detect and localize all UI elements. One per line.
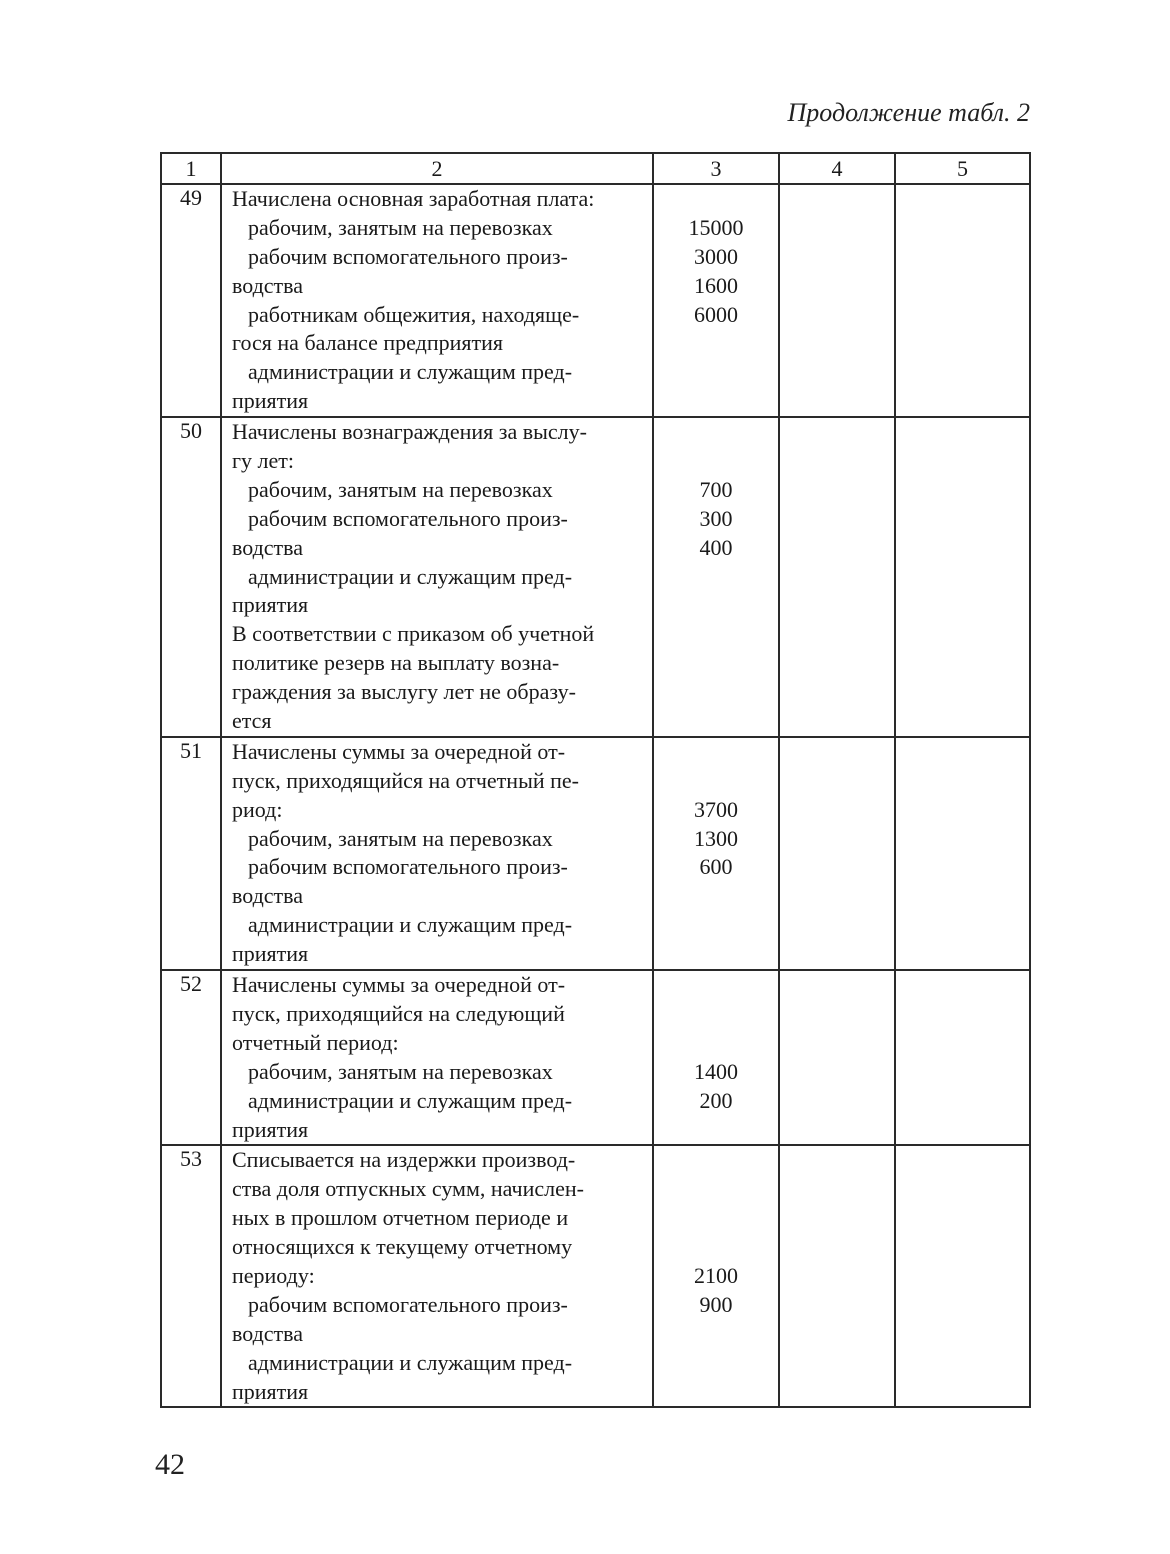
amount-value: 200 bbox=[654, 1087, 778, 1116]
amount-value bbox=[654, 1029, 778, 1058]
description-line: гу лет: bbox=[232, 447, 652, 476]
amount-value bbox=[654, 358, 778, 387]
amount-value bbox=[654, 1146, 778, 1175]
description-line: приятия bbox=[232, 1116, 652, 1145]
amount-value bbox=[654, 329, 778, 358]
column-header-2: 2 bbox=[221, 153, 653, 184]
entry-amounts: 15000300016006000 bbox=[653, 184, 779, 417]
amount-value bbox=[654, 1175, 778, 1204]
table-row: 52Начислены суммы за очередной от-пуск, … bbox=[161, 970, 1030, 1145]
amount-value: 3700 bbox=[654, 796, 778, 825]
description-line: администрации и служащим пред- bbox=[232, 1349, 652, 1378]
description-line: Начислена основная заработная плата: bbox=[232, 185, 652, 214]
entry-description: Начислена основная заработная плата:рабо… bbox=[221, 184, 653, 417]
amount-value bbox=[654, 1000, 778, 1029]
description-line: приятия bbox=[232, 940, 652, 969]
description-line: рабочим вспомогательного произ- bbox=[232, 243, 652, 272]
entry-description: Начислены вознаграждения за выслу-гу лет… bbox=[221, 417, 653, 737]
column-header-1: 1 bbox=[161, 153, 221, 184]
credit-account-cell bbox=[895, 184, 1030, 417]
description-line: относящихся к текущему отчетному bbox=[232, 1233, 652, 1262]
description-line: риод: bbox=[232, 796, 652, 825]
description-line: пуск, приходящийся на следующий bbox=[232, 1000, 652, 1029]
debit-account-cell bbox=[779, 737, 895, 970]
amount-value: 700 bbox=[654, 476, 778, 505]
entry-number: 50 bbox=[161, 417, 221, 737]
amount-value bbox=[654, 767, 778, 796]
amount-value bbox=[654, 940, 778, 969]
description-line: приятия bbox=[232, 591, 652, 620]
amount-value: 2100 bbox=[654, 1262, 778, 1291]
table-row: 53Списывается на издержки производ-ства … bbox=[161, 1145, 1030, 1407]
description-line: ется bbox=[232, 707, 652, 736]
amount-value: 1300 bbox=[654, 825, 778, 854]
amount-value bbox=[654, 971, 778, 1000]
column-number-header-row: 1 2 3 4 5 bbox=[161, 153, 1030, 184]
description-line: работникам общежития, находяще- bbox=[232, 301, 652, 330]
table-row: 51Начислены суммы за очередной от-пуск, … bbox=[161, 737, 1030, 970]
table-row: 50Начислены вознаграждения за выслу-гу л… bbox=[161, 417, 1030, 737]
description-line: ных в прошлом отчетном периоде и bbox=[232, 1204, 652, 1233]
description-line: рабочим вспомогательного произ- bbox=[232, 853, 652, 882]
debit-account-cell bbox=[779, 184, 895, 417]
description-line: рабочим вспомогательного произ- bbox=[232, 505, 652, 534]
description-line: приятия bbox=[232, 1378, 652, 1407]
column-header-5: 5 bbox=[895, 153, 1030, 184]
table-caption: Продолжение табл. 2 bbox=[788, 98, 1030, 128]
amount-value: 300 bbox=[654, 505, 778, 534]
description-line: Начислены суммы за очередной от- bbox=[232, 738, 652, 767]
amount-value bbox=[654, 882, 778, 911]
table-row: 49Начислена основная заработная плата:ра… bbox=[161, 184, 1030, 417]
credit-account-cell bbox=[895, 970, 1030, 1145]
entry-number: 52 bbox=[161, 970, 221, 1145]
entry-amounts: 700300400 bbox=[653, 417, 779, 737]
description-line: Начислены вознаграждения за выслу- bbox=[232, 418, 652, 447]
amount-value bbox=[654, 1320, 778, 1349]
amount-value bbox=[654, 707, 778, 736]
amount-value bbox=[654, 563, 778, 592]
amount-value bbox=[654, 591, 778, 620]
entry-description: Начислены суммы за очередной от-пуск, пр… bbox=[221, 737, 653, 970]
description-line: ства доля отпускных сумм, начислен- bbox=[232, 1175, 652, 1204]
amount-value bbox=[654, 387, 778, 416]
amount-value: 900 bbox=[654, 1291, 778, 1320]
description-line: граждения за выслугу лет не образу- bbox=[232, 678, 652, 707]
entry-amounts: 2100900 bbox=[653, 1145, 779, 1407]
entry-number: 51 bbox=[161, 737, 221, 970]
description-line: периоду: bbox=[232, 1262, 652, 1291]
description-line: водства bbox=[232, 534, 652, 563]
amount-value: 1600 bbox=[654, 272, 778, 301]
description-line: рабочим, занятым на перевозках bbox=[232, 476, 652, 505]
credit-account-cell bbox=[895, 737, 1030, 970]
amount-value: 15000 bbox=[654, 214, 778, 243]
description-line: администрации и служащим пред- bbox=[232, 1087, 652, 1116]
description-line: администрации и служащим пред- bbox=[232, 563, 652, 592]
accounting-table: 1 2 3 4 5 49Начислена основная заработна… bbox=[160, 152, 1031, 1408]
debit-account-cell bbox=[779, 417, 895, 737]
credit-account-cell bbox=[895, 417, 1030, 737]
amount-value: 3000 bbox=[654, 243, 778, 272]
description-line: рабочим, занятым на перевозках bbox=[232, 1058, 652, 1087]
amount-value bbox=[654, 1233, 778, 1262]
amount-value: 400 bbox=[654, 534, 778, 563]
column-header-3: 3 bbox=[653, 153, 779, 184]
column-header-4: 4 bbox=[779, 153, 895, 184]
description-line: администрации и служащим пред- bbox=[232, 358, 652, 387]
amount-value bbox=[654, 185, 778, 214]
description-line: приятия bbox=[232, 387, 652, 416]
entry-description: Начислены суммы за очередной от-пуск, пр… bbox=[221, 970, 653, 1145]
entry-amounts: 37001300600 bbox=[653, 737, 779, 970]
amount-value bbox=[654, 1116, 778, 1145]
credit-account-cell bbox=[895, 1145, 1030, 1407]
amount-value bbox=[654, 1378, 778, 1407]
entry-number: 53 bbox=[161, 1145, 221, 1407]
amount-value bbox=[654, 620, 778, 649]
description-line: водства bbox=[232, 1320, 652, 1349]
amount-value: 1400 bbox=[654, 1058, 778, 1087]
amount-value bbox=[654, 1204, 778, 1233]
debit-account-cell bbox=[779, 970, 895, 1145]
table-body: 49Начислена основная заработная плата:ра… bbox=[161, 184, 1030, 1407]
amount-value: 6000 bbox=[654, 301, 778, 330]
debit-account-cell bbox=[779, 1145, 895, 1407]
amount-value bbox=[654, 418, 778, 447]
description-line: политике резерв на выплату возна- bbox=[232, 649, 652, 678]
description-line: Списывается на издержки производ- bbox=[232, 1146, 652, 1175]
amount-value bbox=[654, 649, 778, 678]
description-line: водства bbox=[232, 882, 652, 911]
entry-amounts: 1400200 bbox=[653, 970, 779, 1145]
page-number: 42 bbox=[155, 1448, 185, 1482]
entry-number: 49 bbox=[161, 184, 221, 417]
description-line: рабочим, занятым на перевозках bbox=[232, 214, 652, 243]
description-line: пуск, приходящийся на отчетный пе- bbox=[232, 767, 652, 796]
amount-value bbox=[654, 447, 778, 476]
amount-value bbox=[654, 678, 778, 707]
description-line: гося на балансе предприятия bbox=[232, 329, 652, 358]
description-line: отчетный период: bbox=[232, 1029, 652, 1058]
description-line: водства bbox=[232, 272, 652, 301]
description-line: рабочим, занятым на перевозках bbox=[232, 825, 652, 854]
amount-value: 600 bbox=[654, 853, 778, 882]
description-line: администрации и служащим пред- bbox=[232, 911, 652, 940]
amount-value bbox=[654, 911, 778, 940]
amount-value bbox=[654, 1349, 778, 1378]
description-line: Начислены суммы за очередной от- bbox=[232, 971, 652, 1000]
amount-value bbox=[654, 738, 778, 767]
entry-description: Списывается на издержки производ-ства до… bbox=[221, 1145, 653, 1407]
description-line: В соответствии с приказом об учетной bbox=[232, 620, 652, 649]
description-line: рабочим вспомогательного произ- bbox=[232, 1291, 652, 1320]
